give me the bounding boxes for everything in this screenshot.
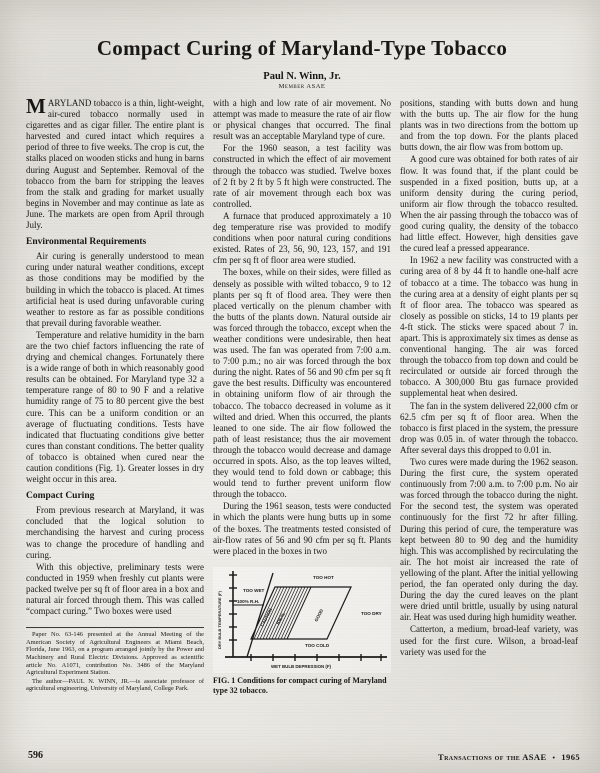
paragraph: Catterton, a medium, broad-leaf variety,… bbox=[400, 624, 578, 657]
column-1: MARYLAND tobacco is a thin, light-weight… bbox=[26, 98, 204, 695]
scanned-paper-page: Compact Curing of Maryland-Type Tobacco … bbox=[0, 0, 600, 773]
journal-year: 1965 bbox=[561, 752, 580, 762]
paragraph: With this objective, preliminary tests w… bbox=[26, 562, 204, 617]
paragraph: A good cure was obtained for both rates … bbox=[400, 154, 578, 254]
curing-conditions-chart: TOO WET 100% R.H. TOO HOT TOO DRY TOO CO… bbox=[213, 567, 391, 670]
paragraph: From previous research at Maryland, it w… bbox=[26, 505, 204, 560]
footnote-block: Paper No. 63-146 presented at the Annual… bbox=[26, 627, 204, 693]
figure-label-too-wet: TOO WET bbox=[243, 588, 265, 593]
footnote-author-info: The author—PAUL N. WINN, JR.—is associat… bbox=[26, 678, 204, 693]
dropcap-letter: M bbox=[26, 98, 48, 115]
column-3: positions, standing with butts down and … bbox=[400, 98, 578, 695]
figure-label-rh-line: 100% R.H. bbox=[237, 599, 259, 604]
paragraph-text: ARYLAND tobacco is a thin, light-weight,… bbox=[26, 98, 204, 230]
figure-label-too-dry: TOO DRY bbox=[361, 611, 382, 616]
paragraph: Two cures were made during the 1962 seas… bbox=[400, 457, 578, 623]
section-heading-environmental-requirements: Environmental Requirements bbox=[26, 237, 204, 248]
journal-footer: Transactions of the ASAE•1965 bbox=[438, 752, 580, 762]
paragraph: with a high and low rate of air movement… bbox=[213, 98, 391, 142]
page-number: 596 bbox=[28, 750, 43, 761]
paragraph: In 1962 a new facility was constructed w… bbox=[400, 255, 578, 399]
paragraph: Temperature and relative humidity in the… bbox=[26, 330, 204, 485]
footer-separator-dot: • bbox=[553, 754, 556, 762]
figure-label-good: GOOD bbox=[313, 608, 324, 622]
column-layout: MARYLAND tobacco is a thin, light-weight… bbox=[26, 98, 578, 695]
paragraph: During the 1961 season, tests were condu… bbox=[213, 501, 391, 556]
byline: Paul N. Winn, Jr. Member ASAE bbox=[26, 71, 578, 90]
page-content: Compact Curing of Maryland-Type Tobacco … bbox=[0, 0, 600, 695]
paragraph: The boxes, while on their sides, were fi… bbox=[213, 267, 391, 500]
figure-label-too-cold: TOO COLD bbox=[305, 643, 330, 648]
paragraph: For the 1960 season, a test facility was… bbox=[213, 143, 391, 210]
paragraph: Air curing is generally understood to me… bbox=[26, 251, 204, 329]
figure-1-caption: FIG. 1 Conditions for compact curing of … bbox=[213, 676, 391, 695]
paragraph: A furnace that produced approximately a … bbox=[213, 211, 391, 266]
paragraph: MARYLAND tobacco is a thin, light-weight… bbox=[26, 98, 204, 231]
author-name: Paul N. Winn, Jr. bbox=[26, 71, 578, 82]
figure-label-too-hot: TOO HOT bbox=[313, 575, 334, 580]
paragraph: positions, standing with butts down and … bbox=[400, 98, 578, 153]
journal-name: Transactions of the ASAE bbox=[438, 752, 547, 762]
section-heading-compact-curing: Compact Curing bbox=[26, 491, 204, 502]
figure-1: TOO WET 100% R.H. TOO HOT TOO DRY TOO CO… bbox=[213, 567, 391, 695]
figure-y-axis-label: DRY BULB TEMPERATURE (F) bbox=[217, 590, 222, 649]
figure-1-chart: TOO WET 100% R.H. TOO HOT TOO DRY TOO CO… bbox=[213, 567, 391, 673]
footnote-paper-info: Paper No. 63-146 presented at the Annual… bbox=[26, 631, 204, 677]
page-title: Compact Curing of Maryland-Type Tobacco bbox=[26, 36, 578, 61]
paragraph: The fan in the system delivered 22,000 c… bbox=[400, 401, 578, 456]
figure-x-axis-label: WET BULB DEPRESSION (F) bbox=[271, 664, 332, 669]
author-affiliation: Member ASAE bbox=[26, 83, 578, 90]
column-2: with a high and low rate of air movement… bbox=[213, 98, 391, 695]
